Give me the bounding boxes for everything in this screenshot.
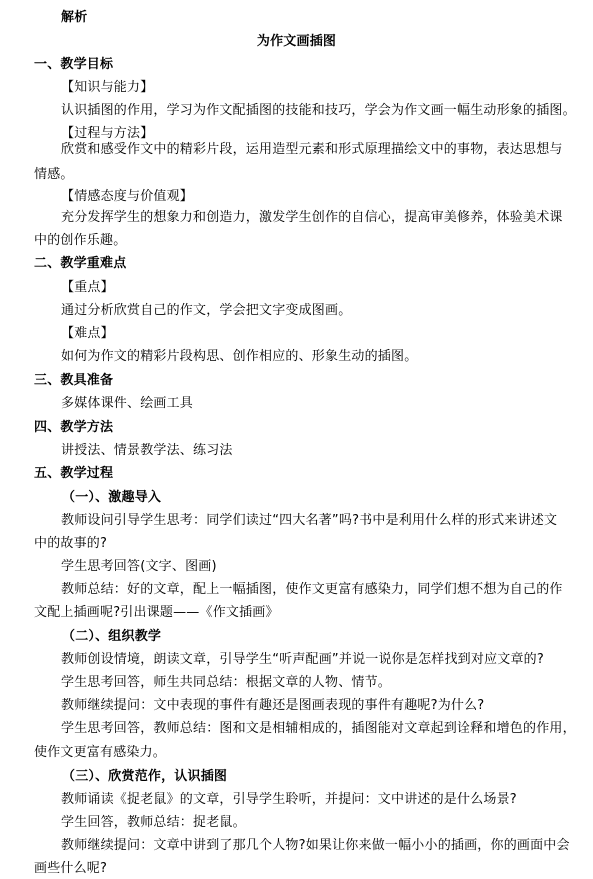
step-heading-3: （三）、欣赏范作，认识插图 [62, 769, 227, 785]
section-heading-methods: 四、教学方法 [34, 420, 113, 436]
subheading-difficult: 【难点】 [61, 326, 114, 342]
paragraph: 认识插图的作用，学习为作文配插图的技能和技巧，学会为作文画一幅生动形象的插图。 [61, 103, 576, 119]
paragraph: 教师继续提问：文章中讲到了那几个人物?如果让你来做一幅小小的插画，你的画面中会 [61, 838, 570, 854]
document-title: 为作文画插图 [0, 34, 593, 50]
paragraph-cont: 中的创作乐趣。 [34, 233, 126, 249]
section-heading-key-points: 二、教学重难点 [34, 256, 126, 272]
document-label: 解析 [61, 10, 87, 26]
paragraph-cont: 使作文更富有感染力。 [34, 745, 166, 761]
paragraph: 通过分析欣赏自己的作文，学会把文字变成图画。 [61, 303, 351, 319]
paragraph: 学生回答，教师总结：捉老鼠。 [61, 815, 246, 831]
paragraph: 多媒体课件、绘画工具 [61, 396, 193, 412]
paragraph: 欣赏和感受作文中的精彩片段，运用造型元素和形式原理描绘文中的事物，表达思想与 [61, 142, 563, 158]
subheading-key: 【重点】 [61, 280, 114, 296]
step-heading-1: （一）、激趣导入 [62, 490, 161, 506]
subheading-emotion: 【情感态度与价值观】 [61, 189, 193, 205]
paragraph: 教师总结：好的文章，配上一幅插图，使作文更富有感染力，同学们想不想为自己的作 [61, 582, 563, 598]
paragraph: 教师创设情境，朗读文章，引导学生“听声配画”并说一说你是怎样找到对应文章的? [61, 652, 544, 668]
paragraph: 充分发挥学生的想象力和创造力，激发学生创作的自信心，提高审美修养，体验美术课 [61, 210, 563, 226]
paragraph-cont: 情感。 [34, 167, 74, 183]
paragraph: 学生思考回答，师生共同总结：根据文章的人物、情节。 [61, 675, 391, 691]
paragraph: 学生思考回答，教师总结：图和文是相辅相成的，插图能对文章起到诠释和增色的作用， [61, 721, 576, 737]
section-heading-process: 五、教学过程 [34, 466, 113, 482]
paragraph: 教师诵读《捉老鼠》的文章，引导学生聆听，并提问：文中讲述的是什么场景? [61, 792, 517, 808]
step-heading-2: （二）、组织教学 [62, 629, 161, 645]
subheading-knowledge: 【知识与能力】 [61, 80, 153, 96]
paragraph: 如何为作文的精彩片段构思、创作相应的、形象生动的插图。 [61, 349, 417, 365]
section-heading-objectives: 一、教学目标 [34, 57, 113, 73]
paragraph: 教师继续提问：文中表现的事件有趣还是图画表现的事件有趣呢?为什么? [61, 698, 484, 714]
section-heading-materials: 三、教具准备 [34, 373, 113, 389]
paragraph-cont: 文配上插画呢?引出课题——《作文插画》 [34, 605, 279, 621]
paragraph: 学生思考回答(文字、图画) [61, 559, 217, 575]
paragraph: 教师设问引导学生思考：同学们读过“四大名著”吗?书中是利用什么样的形式来讲述文 [61, 513, 557, 529]
paragraph-cont: 画些什么呢? [34, 861, 107, 877]
subheading-process: 【过程与方法】 [61, 126, 153, 142]
paragraph: 讲授法、情景教学法、练习法 [61, 443, 233, 459]
paragraph-cont: 中的故事的? [34, 536, 107, 552]
